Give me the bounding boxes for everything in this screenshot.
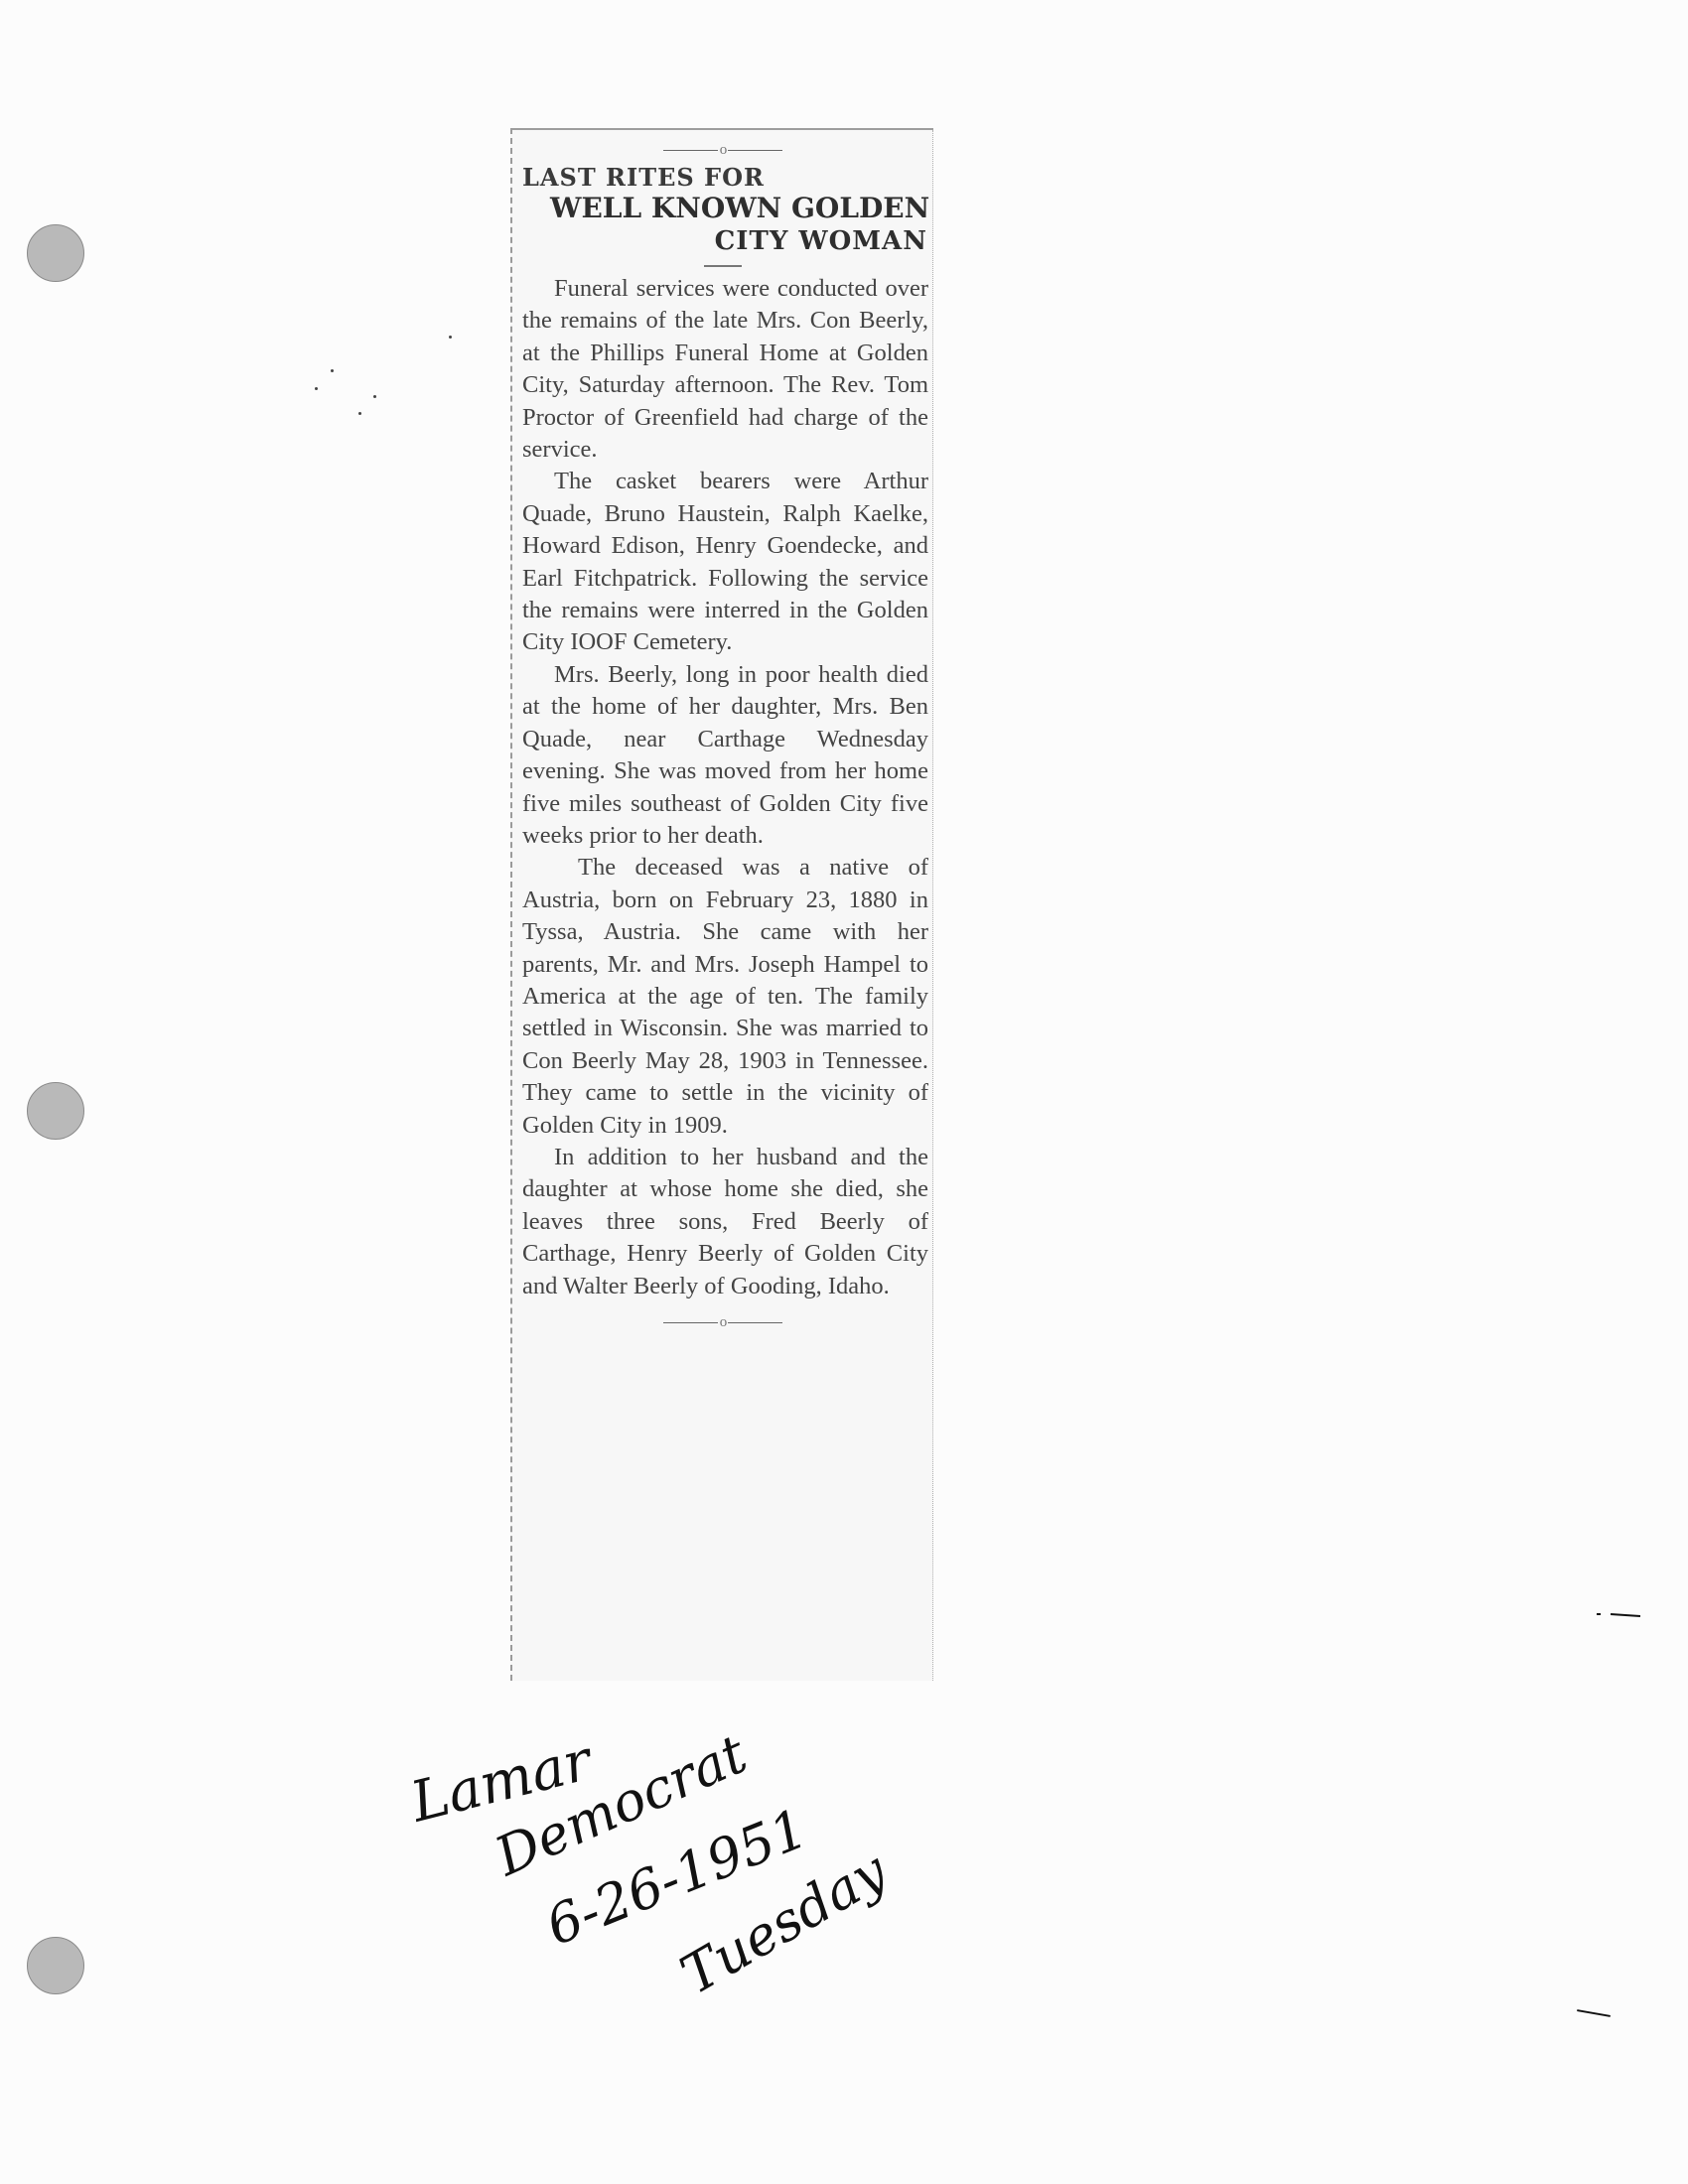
- paragraph-survivors: In addition to her husband and the daugh…: [522, 1142, 928, 1302]
- article-body: Funeral services were conducted over the…: [512, 273, 933, 1302]
- headline-line-1: LAST RITES FOR: [522, 163, 933, 192]
- speck: [315, 387, 318, 390]
- speck: [331, 369, 334, 372]
- speck: [449, 336, 452, 339]
- speck: [373, 395, 376, 398]
- newspaper-clipping: o LAST RITES FOR WELL KNOWN GOLDEN CITY …: [510, 128, 933, 1681]
- margin-mark: [1597, 1613, 1601, 1615]
- speck: [358, 412, 361, 415]
- punch-hole-bottom: [27, 1937, 84, 1994]
- headline-line-3: CITY WOMAN: [512, 225, 933, 257]
- punch-hole-middle: [27, 1082, 84, 1140]
- handwritten-note: Lamar Democrat 6-26-1951 Tuesday: [407, 1727, 923, 2025]
- paragraph-funeral-services: Funeral services were conducted over the…: [522, 273, 928, 466]
- bottom-ornament-rule: o: [512, 1314, 933, 1330]
- headline-line-2: WELL KNOWN GOLDEN: [550, 192, 933, 225]
- punch-hole-top: [27, 224, 84, 282]
- paragraph-biography: The deceased was a native of Austria, bo…: [522, 852, 928, 1142]
- margin-mark: [1577, 2009, 1611, 2017]
- paragraph-death: Mrs. Beerly, long in poor health died at…: [522, 659, 928, 852]
- headline-divider: [704, 265, 742, 267]
- top-ornament-rule: o: [512, 142, 933, 158]
- margin-mark: [1611, 1613, 1640, 1617]
- paragraph-casket-bearers: The casket bearers were Arthur Quade, Br…: [522, 466, 928, 658]
